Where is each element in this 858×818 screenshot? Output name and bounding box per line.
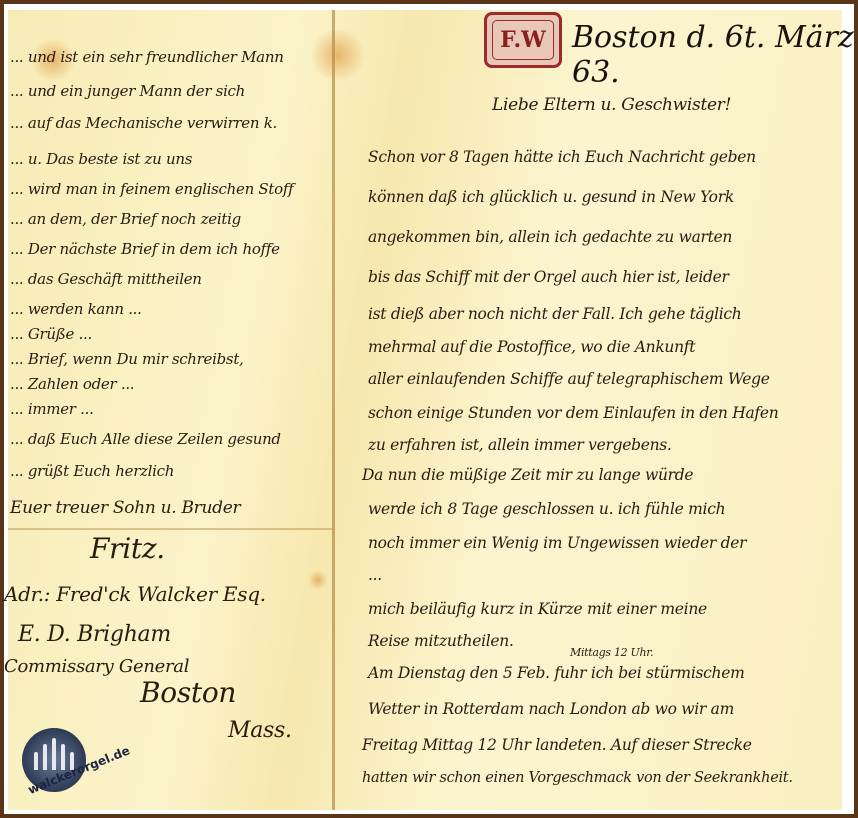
address-city: Boston — [140, 676, 236, 709]
letter-line: ... daß Euch Alle diese Zeilen gesund — [10, 430, 281, 448]
letter-line: ... wird man in feinem englischen Stoff — [10, 180, 293, 198]
closing: Euer treuer Sohn u. Bruder — [10, 498, 240, 518]
letter-line: ... Grüße ... — [10, 325, 92, 343]
letter-line: Wetter in Rotterdam nach London ab wo wi… — [368, 700, 734, 718]
address-line: E. D. Brigham — [18, 622, 171, 647]
letter-line: Reise mitzutheilen. — [368, 632, 514, 650]
letter-line: ... immer ... — [10, 400, 94, 418]
letter-line: schon einige Stunden vor dem Einlaufen i… — [368, 404, 778, 422]
letter-line: Freitag Mittag 12 Uhr landeten. Auf dies… — [362, 736, 752, 754]
letter-line: zu erfahren ist, allein immer vergebens. — [368, 436, 672, 454]
letter-line: ... Der nächste Brief in dem ich hoffe — [10, 240, 280, 258]
letter-line: ... auf das Mechanische verwirren k. — [10, 114, 277, 132]
dateline: Boston d. 6t. März 63. — [572, 20, 858, 90]
letter-line: ... grüßt Euch herzlich — [10, 462, 174, 480]
letter-line: Da nun die müßige Zeit mir zu lange würd… — [362, 466, 693, 484]
letter-line: ... Brief, wenn Du mir schreibst, — [10, 350, 244, 368]
address-line: Commissary General — [4, 656, 189, 677]
letter-line: ... u. Das beste ist zu uns — [10, 150, 192, 168]
letter-line: Schon vor 8 Tagen hätte ich Euch Nachric… — [368, 148, 756, 166]
letter-line: bis das Schiff mit der Orgel auch hier i… — [368, 268, 729, 286]
letter-line: ... werden kann ... — [10, 300, 142, 318]
letter-line: ist dieß aber noch nicht der Fall. Ich g… — [368, 305, 741, 323]
letter-line: ... an dem, der Brief noch zeitig — [10, 210, 241, 228]
stamp-text: F.W — [492, 20, 554, 60]
letter-line: ... Zahlen oder ... — [10, 375, 134, 393]
letter-line: Am Dienstag den 5 Feb. fuhr ich bei stür… — [368, 664, 744, 682]
monogram-stamp: F.W — [484, 12, 562, 68]
salutation: Liebe Eltern u. Geschwister! — [492, 95, 731, 115]
interlinear-note: Mittags 12 Uhr. — [570, 646, 653, 659]
page-crease — [8, 528, 334, 530]
letter-line: ... und ein junger Mann der sich — [10, 82, 245, 100]
letter-line: können daß ich glücklich u. gesund in Ne… — [368, 188, 734, 206]
letter-line: ... das Geschäft mittheilen — [10, 270, 202, 288]
stain — [308, 570, 328, 590]
letter-line: hatten wir schon einen Vorgeschmack von … — [362, 770, 793, 786]
letter-line: noch immer ein Wenig im Ungewissen wiede… — [368, 534, 746, 552]
address-line: Adr.: Fred'ck Walcker Esq. — [4, 582, 266, 606]
letter-line: mich beiläufig kurz in Kürze mit einer m… — [368, 600, 707, 618]
letter-line: mehrmal auf die Postoffice, wo die Ankun… — [368, 338, 695, 356]
letter-line: aller einlaufenden Schiffe auf telegraph… — [368, 370, 770, 388]
stain — [308, 30, 368, 80]
letter-line: angekommen bin, allein ich gedachte zu w… — [368, 228, 732, 246]
page-fold — [332, 10, 335, 810]
letter-line: ... und ist ein sehr freundlicher Mann — [10, 48, 284, 66]
signature: Fritz. — [90, 532, 165, 565]
letter-line: werde ich 8 Tage geschlossen u. ich fühl… — [368, 500, 725, 518]
letter-line: ... — [368, 566, 382, 584]
address-state: Mass. — [228, 718, 292, 743]
